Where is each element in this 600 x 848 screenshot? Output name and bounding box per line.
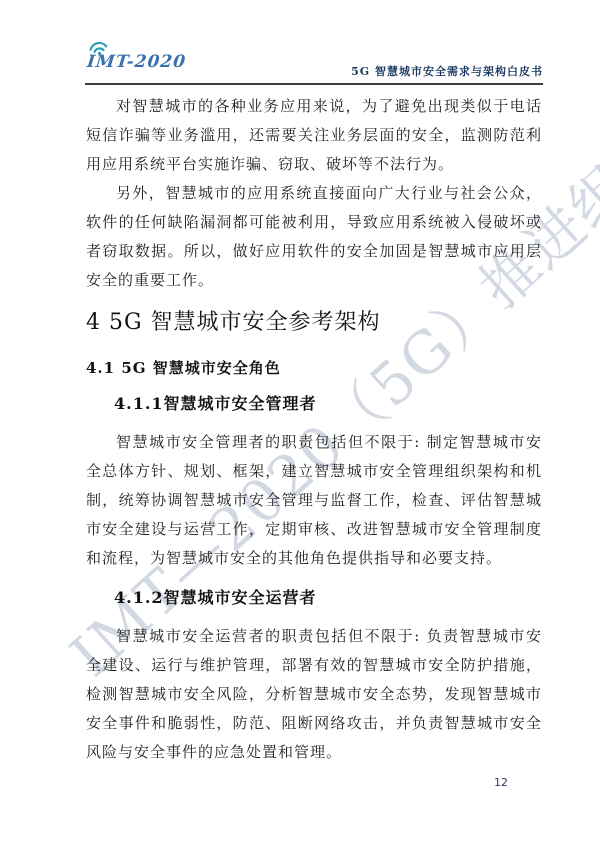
document-body: 对智慧城市的各种业务应用来说，为了避免出现类似于电话短信诈骗等业务滥用，还需要关… — [86, 92, 542, 767]
paragraph-app-hardening: 另外，智慧城市的应用系统直接面向广大行业与社会公众，软件的任何缺陷漏洞都可能被利… — [86, 179, 542, 295]
document-title: 5G 智慧城市安全需求与架构白皮书 — [351, 63, 543, 79]
paragraph-security-operator: 智慧城市安全运营者的职责包括但不限于: 负责智慧城市安全建设、运行与维护管理，部… — [86, 622, 542, 767]
imt-2020-logo: IMT-2020 — [85, 36, 195, 80]
page-number: 12 — [494, 776, 508, 789]
paragraph-business-abuse: 对智慧城市的各种业务应用来说，为了避免出现类似于电话短信诈骗等业务滥用，还需要关… — [86, 92, 542, 179]
logo-wordmark: IMT-2020 — [86, 52, 187, 72]
document-page: IMT—2020（5G）推进组 IMT-2020 5G 智慧城市安全需求与架构白… — [0, 0, 600, 848]
section-heading-4-1-1: 4.1.1智慧城市安全管理者 — [86, 393, 542, 415]
section-heading-4-1: 4.1 5G 智慧城市安全角色 — [86, 357, 542, 379]
section-heading-4-1-2: 4.1.2智慧城市安全运营者 — [86, 587, 542, 609]
header-divider — [85, 83, 543, 85]
page-header: IMT-2020 5G 智慧城市安全需求与架构白皮书 — [85, 0, 543, 86]
section-heading-4: 4 5G 智慧城市安全参考架构 — [86, 308, 542, 338]
paragraph-security-manager: 智慧城市安全管理者的职责包括但不限于: 制定智慧城市安全总体方针、规划、框架，建… — [86, 428, 542, 573]
